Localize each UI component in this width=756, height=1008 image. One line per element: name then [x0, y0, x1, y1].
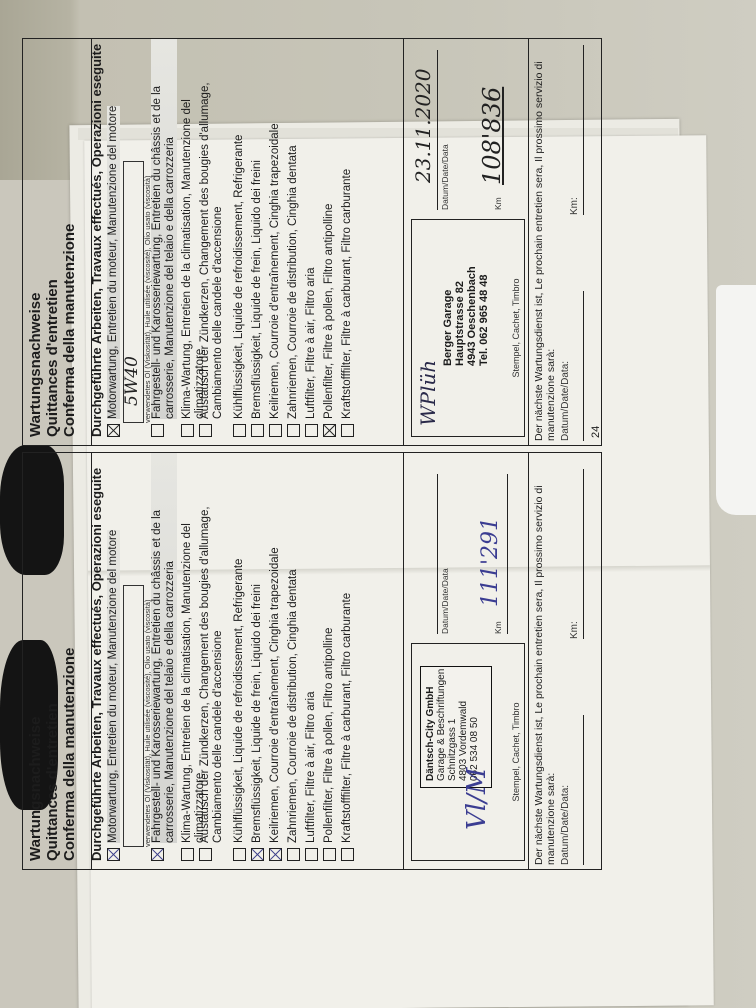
- checklist-item-label: Bremsflüssigkeit, Liquide de frein, Liqu…: [251, 160, 264, 419]
- header-line-de: Wartungsnachweise: [27, 461, 44, 861]
- next-date-line: [583, 291, 584, 441]
- checkbox[interactable]: [341, 848, 354, 861]
- km-label: Km: [493, 621, 503, 634]
- checklist-item: Kraftstofffilter, Filtre à carburant, Fi…: [341, 169, 354, 437]
- next-service-text: Der nächste Wartungsdienst ist, Le proch…: [533, 41, 557, 441]
- record-header: Wartungsnachweise Quittances d'entretien…: [23, 453, 92, 869]
- checklist-item-label: Kraftstofffilter, Filtre à carburant, Fi…: [341, 169, 354, 419]
- header-line-it: Conferma della manutenzione: [61, 47, 78, 437]
- date-label: Datum/Date/Data: [440, 568, 450, 634]
- checklist-item-label: Austausch der Zündkerzen, Changement des…: [199, 39, 225, 419]
- divider: [403, 39, 404, 445]
- stamp-text: Däntsch-City GmbH Garage & Beschriftunge…: [425, 669, 480, 781]
- checklist-item: Motorwartung, Entretien du moteur, Manut…: [107, 106, 120, 437]
- checkbox[interactable]: [323, 848, 336, 861]
- checkbox[interactable]: [233, 848, 246, 861]
- checkbox[interactable]: [181, 848, 194, 861]
- header-line-fr: Quittances d'entretien: [44, 47, 61, 437]
- checklist-item-label: Motorwartung, Entretien du moteur, Manut…: [107, 530, 120, 843]
- tissue: [716, 285, 756, 515]
- checklist-item: Kühlflüssigkeit, Liquide de refroidissem…: [233, 559, 246, 861]
- checklist-item-label: Fahrgestell- und Karosseriewartung, Entr…: [151, 453, 177, 843]
- checkbox[interactable]: [199, 424, 212, 437]
- checkbox[interactable]: [199, 848, 212, 861]
- header-line-fr: Quittances d'entretien: [44, 461, 61, 861]
- service-record-page-2: Wartungsnachweise Quittances d'entretien…: [12, 446, 610, 876]
- checklist-item-label: Keilriemen, Courroie d'entraînement, Cin…: [269, 123, 282, 419]
- next-km-label: Km:: [569, 621, 580, 639]
- checkbox[interactable]: [305, 848, 318, 861]
- checkbox[interactable]: [341, 424, 354, 437]
- checklist-item: Bremsflüssigkeit, Liquide de frein, Liqu…: [251, 160, 264, 437]
- header-line-de: Wartungsnachweise: [27, 47, 44, 437]
- checklist-item-label: Pollenfilter, Filtre à pollen, Filtro an…: [323, 628, 336, 843]
- checklist-item: Kühlflüssigkeit, Liquide de refroidissem…: [233, 135, 246, 437]
- date-line: [437, 50, 438, 210]
- header-line-it: Conferma della manutenzione: [61, 461, 78, 861]
- checklist-item: Fahrgestell- und Karosseriewartung, Entr…: [151, 39, 177, 437]
- signature: Vl/M: [462, 768, 492, 830]
- checked-checkbox[interactable]: [323, 424, 336, 437]
- section-title: Durchgeführte Arbeiten, Travaux effectué…: [89, 468, 104, 861]
- checklist-item-label: Motorwartung, Entretien du moteur, Manut…: [107, 106, 120, 419]
- signature: WPlüh: [416, 360, 440, 426]
- checkbox[interactable]: [181, 424, 194, 437]
- km-label: Km: [493, 197, 503, 210]
- checklist-item: Zahnriemen, Courroie de distribution, Ci…: [287, 569, 300, 861]
- stamp-text: Berger Garage Hauptstrasse 82 4943 Oesch…: [442, 266, 490, 366]
- checkbox[interactable]: [287, 424, 300, 437]
- km-value: 108'836: [478, 87, 506, 185]
- stamp-caption: Stempel, Cachet, Timbro: [511, 644, 521, 860]
- oil-viscosity-field[interactable]: [123, 585, 144, 847]
- checklist-item: Keilriemen, Courroie d'entraînement, Cin…: [269, 547, 282, 861]
- next-date-label: Datum/Date/Data:: [560, 361, 571, 441]
- checkbox[interactable]: [269, 424, 282, 437]
- checklist-item: Fahrgestell- und Karosseriewartung, Entr…: [151, 453, 177, 861]
- date-value: 23.11.2020: [411, 68, 435, 183]
- next-km-line: [583, 469, 584, 639]
- checkbox[interactable]: [251, 424, 264, 437]
- checklist-item-label: Austausch der Zündkerzen, Changement des…: [199, 453, 225, 843]
- checklist-item-label: Luftfilter, Filtre à air, Filtro aria: [305, 268, 318, 419]
- oil-viscosity-value: 5W40: [122, 356, 142, 406]
- checklist-item: Luftfilter, Filtre à air, Filtro aria: [305, 268, 318, 437]
- checklist-item-label: Kühlflüssigkeit, Liquide de refroidissem…: [233, 559, 246, 843]
- checklist-item: Motorwartung, Entretien du moteur, Manut…: [107, 530, 120, 861]
- checklist-item: Luftfilter, Filtre à air, Filtro aria: [305, 692, 318, 861]
- record-header: Wartungsnachweise Quittances d'entretien…: [23, 39, 92, 445]
- checklist-item-label: Fahrgestell- und Karosseriewartung, Entr…: [151, 39, 177, 419]
- next-date-line: [583, 715, 584, 865]
- checklist-item: Kraftstofffilter, Filtre à carburant, Fi…: [341, 593, 354, 861]
- checklist-item-label: Zahnriemen, Courroie de distribution, Ci…: [287, 569, 300, 843]
- date-line: [437, 474, 438, 634]
- next-service-text: Der nächste Wartungsdienst ist, Le proch…: [533, 455, 557, 865]
- checked-checkbox[interactable]: [151, 848, 164, 861]
- oil-viscosity-field[interactable]: 5W40: [123, 161, 144, 423]
- checklist-item: Keilriemen, Courroie d'entraînement, Cin…: [269, 123, 282, 437]
- checklist-item-label: Zahnriemen, Courroie de distribution, Ci…: [287, 145, 300, 419]
- next-km-label: Km:: [569, 197, 580, 215]
- checklist-item-label: Keilriemen, Courroie d'entraînement, Cin…: [269, 547, 282, 843]
- next-date-label: Datum/Date/Data:: [560, 785, 571, 865]
- checklist-item: Austausch der Zündkerzen, Changement des…: [199, 39, 225, 437]
- checklist-item-label: Kraftstofffilter, Filtre à carburant, Fi…: [341, 593, 354, 843]
- stamp-box: Däntsch-City GmbH Garage & Beschriftunge…: [411, 643, 525, 861]
- checklist-item: Bremsflüssigkeit, Liquide de frein, Liqu…: [251, 584, 264, 861]
- km-value: 111'291: [478, 517, 503, 607]
- section-title: Durchgeführte Arbeiten, Travaux effectué…: [89, 44, 104, 437]
- checklist-item-label: Bremsflüssigkeit, Liquide de frein, Liqu…: [251, 584, 264, 843]
- divider: [403, 453, 404, 869]
- next-km-line: [583, 45, 584, 215]
- checkbox[interactable]: [305, 424, 318, 437]
- checklist-item-label: Kühlflüssigkeit, Liquide de refroidissem…: [233, 135, 246, 419]
- checklist-item: Pollenfilter, Filtre à pollen, Filtro an…: [323, 204, 336, 437]
- service-record-page-1: Wartungsnachweise Quittances d'entretien…: [12, 32, 610, 452]
- oil-viscosity-label: verwendetes Öl (Viskosität), Huile utili…: [143, 600, 152, 847]
- checklist-item-label: Luftfilter, Filtre à air, Filtro aria: [305, 692, 318, 843]
- oil-viscosity-label: verwendetes Öl (Viskosität), Huile utili…: [143, 176, 152, 423]
- km-line: [507, 474, 508, 634]
- checked-checkbox[interactable]: [269, 848, 282, 861]
- checklist-item: Austausch der Zündkerzen, Changement des…: [199, 453, 225, 861]
- checkbox[interactable]: [287, 848, 300, 861]
- record-frame: Wartungsnachweise Quittances d'entretien…: [22, 38, 602, 446]
- stamp-caption: Stempel, Cachet, Timbro: [511, 220, 521, 436]
- checklist-item: Pollenfilter, Filtre à pollen, Filtro an…: [323, 628, 336, 861]
- record-frame: Wartungsnachweise Quittances d'entretien…: [22, 452, 602, 870]
- checked-checkbox[interactable]: [107, 424, 120, 437]
- checked-checkbox[interactable]: [251, 848, 264, 861]
- divider: [528, 39, 529, 445]
- checkbox[interactable]: [151, 424, 164, 437]
- checklist-item: Zahnriemen, Courroie de distribution, Ci…: [287, 145, 300, 437]
- date-label: Datum/Date/Data: [440, 144, 450, 210]
- checked-checkbox[interactable]: [107, 848, 120, 861]
- checklist-item-label: Pollenfilter, Filtre à pollen, Filtro an…: [323, 204, 336, 419]
- stamp-box: WPlüh Berger Garage Hauptstrasse 82 4943…: [411, 219, 525, 437]
- checkbox[interactable]: [233, 424, 246, 437]
- divider: [528, 453, 529, 869]
- page-number: 24: [590, 426, 602, 438]
